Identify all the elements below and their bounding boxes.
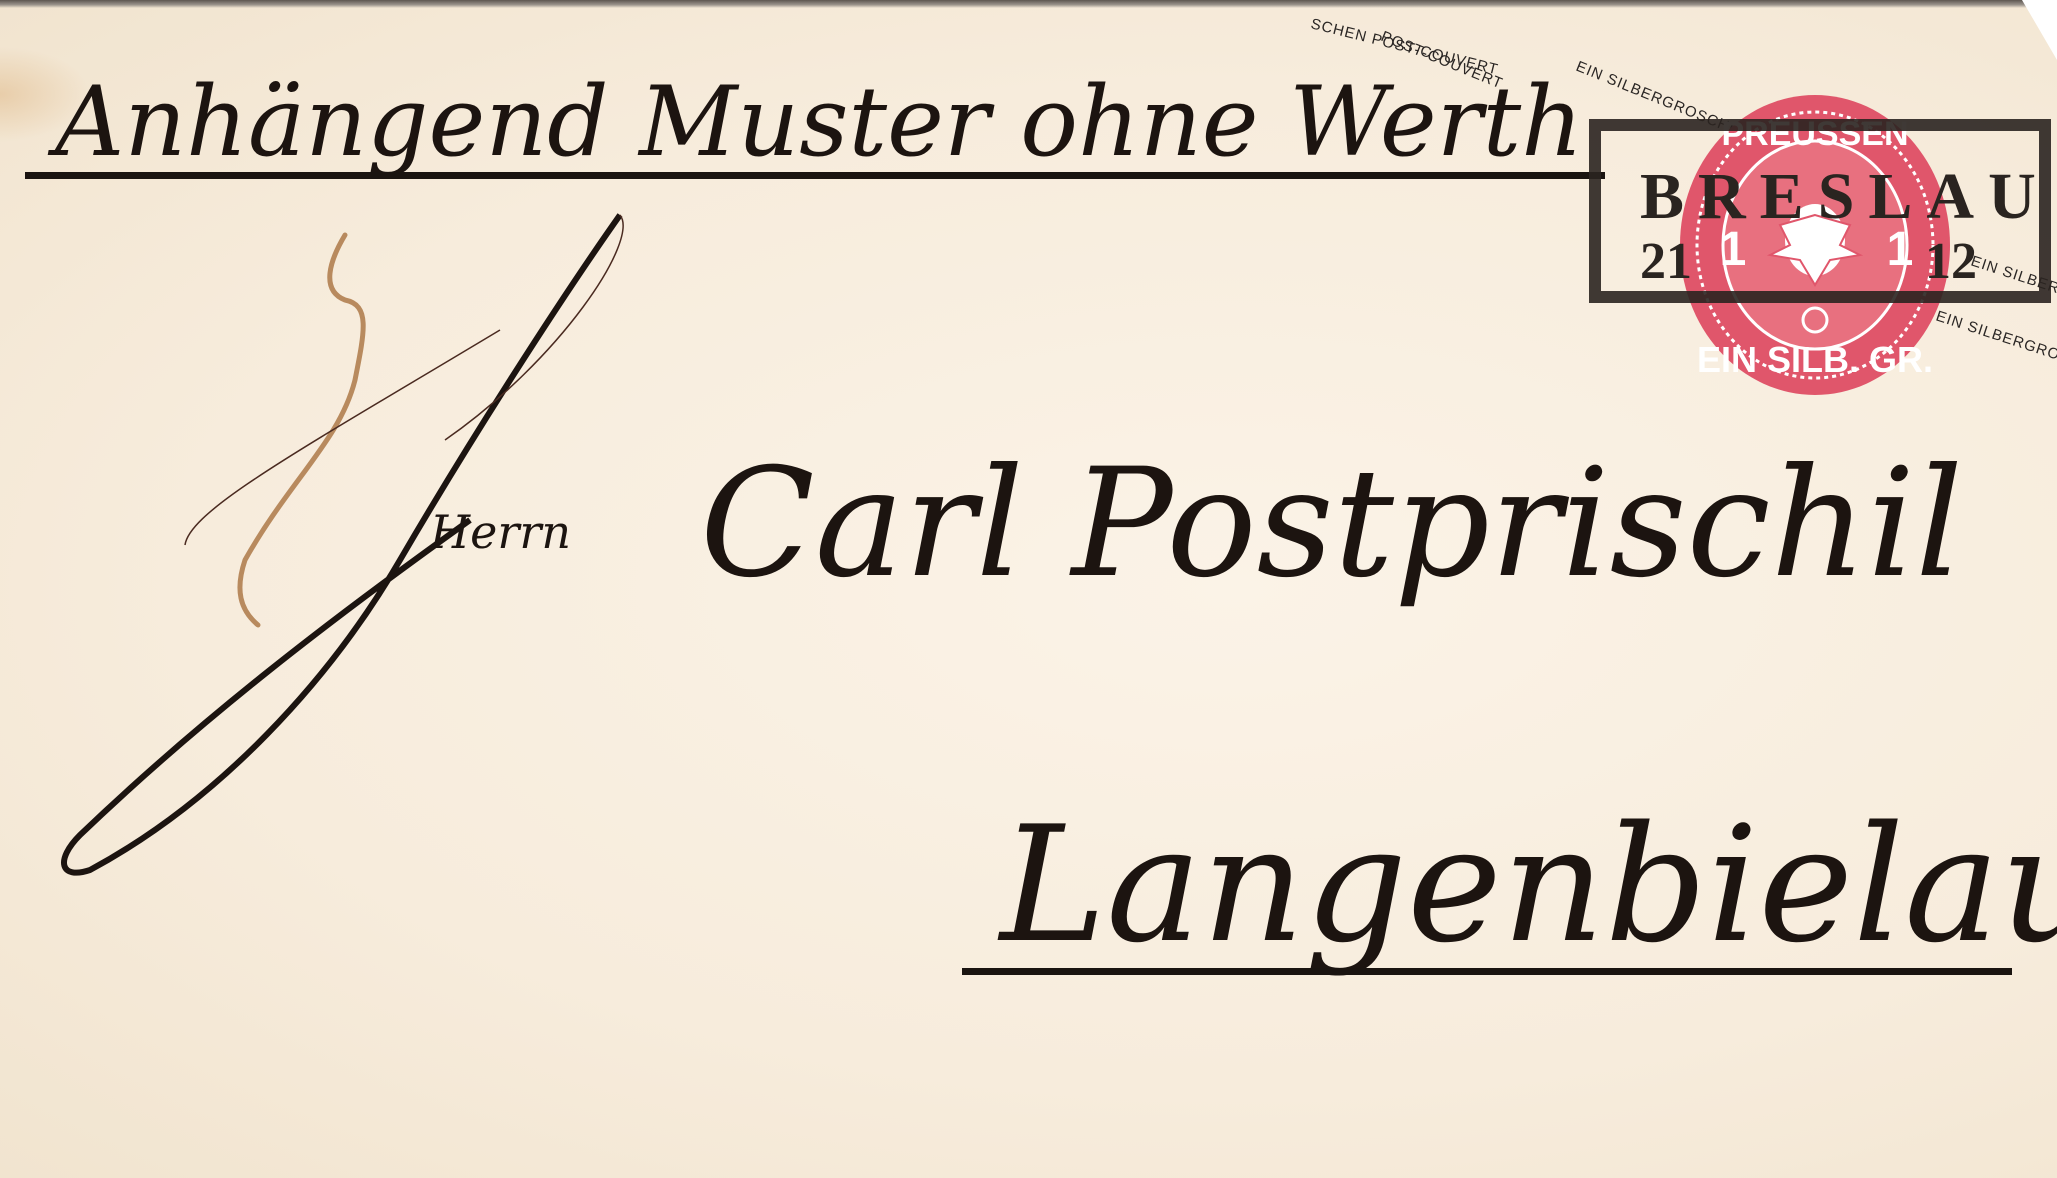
envelope-artwork: SCHEN POST-COUVERT POST-COUVERT EIN SILB… (0, 0, 2057, 1178)
postmark-town: BRESLAU (1640, 160, 2050, 233)
destination-underline (962, 968, 2012, 975)
postmark-hour: 12 (1925, 233, 1977, 290)
handwritten-salutation: Herrn (429, 505, 571, 559)
herrn-hairline-flourish (185, 215, 623, 545)
pencil-mark-5 (240, 235, 363, 625)
handwritten-top-note: Anhängend Muster ohne Werth (47, 66, 1583, 178)
imprint-line: EIN SILBERGROSCHEN (1934, 308, 2057, 382)
postage-stamp: PREUSSEN EIN SILB. GR. 1 1 (1680, 95, 1950, 395)
handwritten-recipient-name: Carl Postprischil (700, 437, 1963, 611)
top-underline (25, 172, 1605, 179)
postmark-day: 21 (1640, 233, 1692, 290)
envelope: SCHEN POST-COUVERT POST-COUVERT EIN SILB… (0, 0, 2057, 1178)
stamp-bottom-text: EIN SILB. GR. (1697, 339, 1933, 380)
handwritten-destination: Langenbielau (997, 791, 2057, 978)
